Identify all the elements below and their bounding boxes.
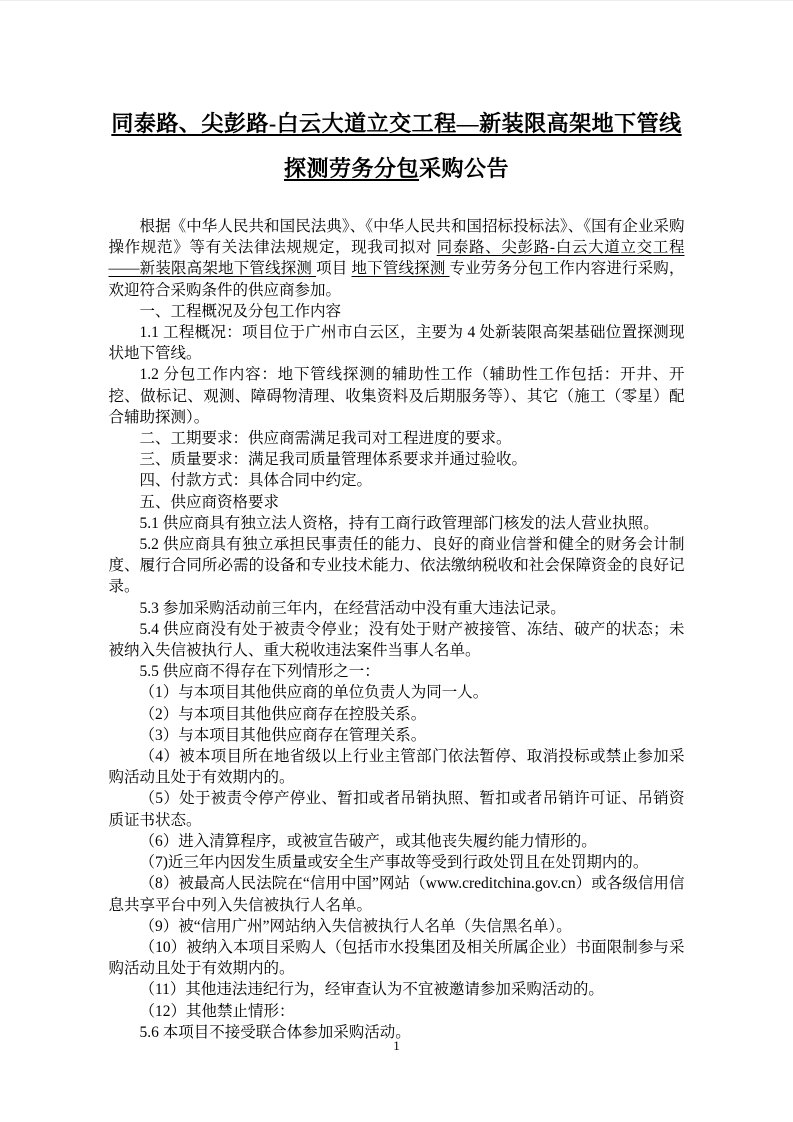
list-item-10: （10）被纳入本项目采购人（包括市水投集团及相关所属企业）书面限制参与采购活动且… <box>109 937 685 979</box>
intro-work-name-underlined: 地下管线探测 <box>351 260 449 277</box>
title-plain-suffix: 采购公告 <box>419 156 509 181</box>
page-number: 1 <box>0 1037 793 1055</box>
paragraph-1-2: 1.2 分包工作内容：地下管线探测的辅助性工作（辅助性工作包括：开井、开挖、做标… <box>109 364 685 428</box>
paragraph-5-4: 5.4 供应商没有处于被责令停业；没有处于财产被接管、冻结、破产的状态；未被纳入… <box>109 619 685 661</box>
list-item-2: （2）与本项目其他供应商存在控股关系。 <box>109 704 685 725</box>
section-heading-3: 三、质量要求：满足我司质量管理体系要求并通过验收。 <box>109 449 685 470</box>
document-page: 同泰路、尖彭路-白云大道立交工程—新装限高架地下管线 探测劳务分包采购公告 根据… <box>0 0 793 1122</box>
paragraph-5-2: 5.2 供应商具有独立承担民事责任的能力、良好的商业信誉和健全的财务会计制度、履… <box>109 534 685 598</box>
list-item-11: （11）其他违法违纪行为，经审查认为不宜被邀请参加采购活动的。 <box>109 979 685 1000</box>
section-heading-2: 二、工期要求：供应商需满足我司对工程进度的要求。 <box>109 428 685 449</box>
list-item-8: （8）被最高人民法院在“信用中国”网站（www.creditchina.gov.… <box>109 873 685 915</box>
paragraph-1-1: 1.1 工程概况：项目位于广州市白云区，主要为 4 处新装限高架基础位置探测现状… <box>109 322 685 364</box>
list-item-3: （3）与本项目其他供应商存在管理关系。 <box>109 725 685 746</box>
document-title-line-2: 探测劳务分包采购公告 <box>0 146 793 191</box>
list-item-12: （12）其他禁止情形： <box>109 1001 685 1022</box>
title-underlined-project-name: 同泰路、尖彭路-白云大道立交工程—新装限高架地下管线 <box>111 111 681 136</box>
section-heading-5: 五、供应商资格要求 <box>109 492 685 513</box>
document-body: 根据《中华人民共和国民法典》、《中华人民共和国招标投标法》、《国有企业采购操作规… <box>109 216 685 1043</box>
list-item-7: （7)近三年内因发生质量或安全生产事故等受到行政处罚且在处罚期内的。 <box>109 852 685 873</box>
intro-text-2: 项目 <box>316 260 351 277</box>
section-heading-4: 四、付款方式：具体合同中约定。 <box>109 470 685 491</box>
list-item-4: （4）被本项目所在地省级以上行业主管部门依法暂停、取消投标或禁止参加采购活动且处… <box>109 746 685 788</box>
list-item-1: （1）与本项目其他供应商的单位负责人为同一人。 <box>109 682 685 703</box>
paragraph-5-1: 5.1 供应商具有独立法人资格，持有工商行政管理部门核发的法人营业执照。 <box>109 513 685 534</box>
paragraph-5-3: 5.3 参加采购活动前三年内，在经营活动中没有重大违法记录。 <box>109 598 685 619</box>
paragraph-5-5: 5.5 供应商不得存在下列情形之一： <box>109 661 685 682</box>
title-underlined-work-name: 探测劳务分包 <box>284 156 419 181</box>
document-title-line-1: 同泰路、尖彭路-白云大道立交工程—新装限高架地下管线 <box>0 101 793 146</box>
list-item-5: （5）处于被责令停产停业、暂扣或者吊销执照、暂扣或者吊销许可证、吊销资质证书状态… <box>109 788 685 830</box>
intro-paragraph: 根据《中华人民共和国民法典》、《中华人民共和国招标投标法》、《国有企业采购操作规… <box>109 216 685 301</box>
section-heading-1: 一、工程概况及分包工作内容 <box>109 301 685 322</box>
list-item-9: （9）被“信用广州”网站纳入失信被执行人名单（失信黑名单）。 <box>109 916 685 937</box>
document-title: 同泰路、尖彭路-白云大道立交工程—新装限高架地下管线 探测劳务分包采购公告 <box>0 1 793 191</box>
list-item-6: （6）进入清算程序，或被宣告破产，或其他丧失履约能力情形的。 <box>109 831 685 852</box>
